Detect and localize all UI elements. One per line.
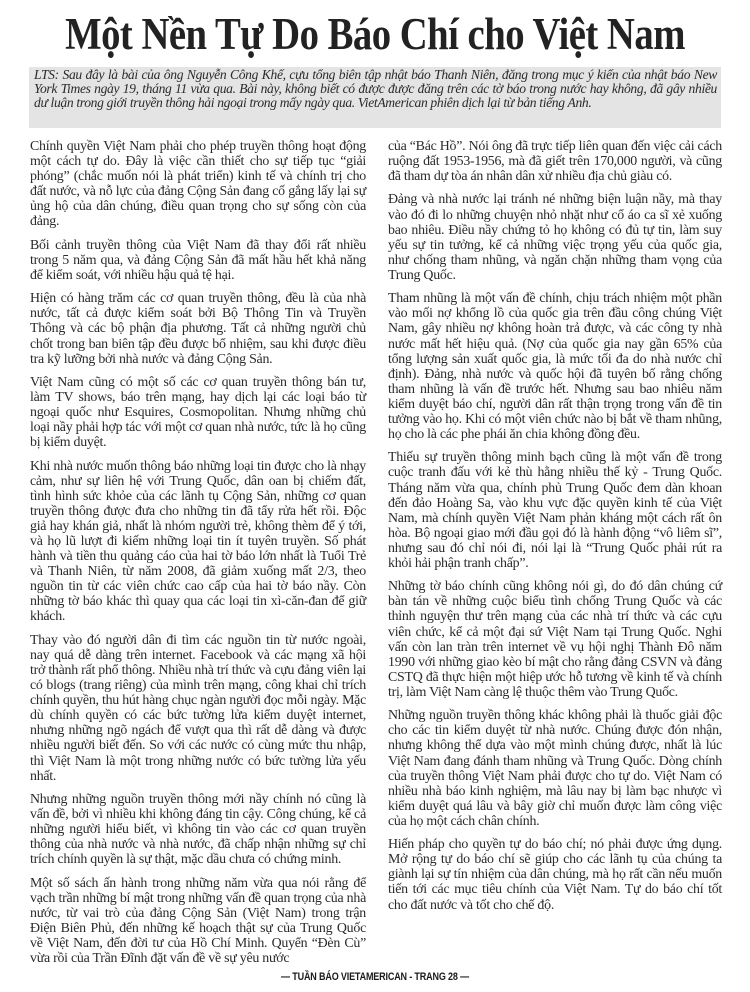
paragraph: Thiếu sự truyền thông minh bạch cũng là … [388, 450, 722, 571]
paragraph: Việt Nam cũng có một số các cơ quan truy… [30, 375, 366, 450]
paragraph: Một số sách ấn hành trong những năm vừa … [30, 876, 366, 967]
paragraph: Thay vào đó người dân đi tìm các nguồn t… [30, 633, 366, 784]
article-column-left: Chính quyền Việt Nam phải cho phép truyề… [30, 139, 366, 974]
paragraph: Đảng và nhà nước lại tránh né những biện… [388, 192, 722, 283]
paragraph: Chính quyền Việt Nam phải cho phép truyề… [30, 139, 366, 230]
paragraph: Nhưng những nguồn truyền thông mới nầy c… [30, 792, 366, 867]
paragraph: Hiện có hàng trăm các cơ quan truyền thô… [30, 291, 366, 366]
page-footer: — TUẦN BÁO VIETAMERICAN - TRANG 28 — [68, 970, 683, 984]
paragraph: Những nguồn truyền thông khác không phải… [388, 708, 722, 829]
paragraph: của “Bác Hồ”. Nói ông đã trực tiếp liên … [388, 139, 722, 184]
article-column-right: của “Bác Hồ”. Nói ông đã trực tiếp liên … [388, 139, 722, 921]
page-title: Một Nền Tự Do Báo Chí cho Việt Nam [53, 6, 698, 62]
editor-note: LTS: Sau đây là bài của ông Nguyễn Công … [29, 67, 721, 128]
paragraph: Bối cảnh truyền thông của Việt Nam đã th… [30, 238, 366, 283]
paragraph: Hiến pháp cho quyền tự do báo chí; nó ph… [388, 837, 722, 912]
paragraph: Khi nhà nước muốn thông báo những loại t… [30, 459, 366, 625]
paragraph: Những tờ báo chính cũng không nói gì, do… [388, 579, 722, 700]
paragraph: Tham nhũng là một vấn đề chính, chịu trá… [388, 291, 722, 442]
